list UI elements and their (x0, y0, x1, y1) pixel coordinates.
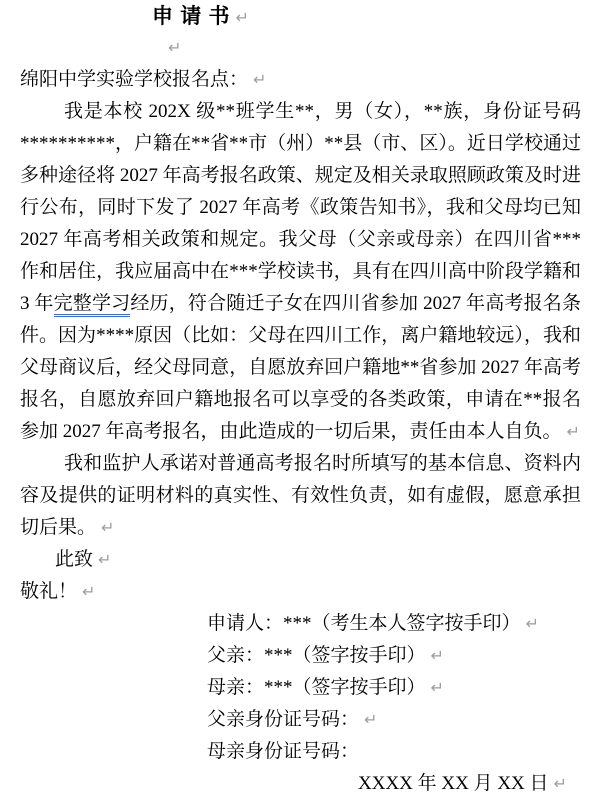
text-run: 切后果。 (20, 517, 96, 538)
text-run: 作和居住，我应届高中在***学校读书，具有在四川高中阶段学籍和 (20, 261, 581, 282)
text-run: 参加 2027 年高考报名，由此造成的一切后果，责任由本人自负。 (20, 421, 562, 442)
pilcrow-mark: ↵ (431, 678, 444, 697)
text-run: 此致 (55, 549, 93, 570)
body-line: 件。因为****原因（比如：父母在四川工作，离户籍地较远），我和 (0, 320, 605, 352)
text-run: 绵阳中学实验学校报名点： (20, 69, 248, 90)
pilcrow-mark: ↵ (101, 518, 114, 537)
title-line: 申 请 书↵ (0, 0, 605, 32)
text-run: 申请人：***（考生本人签字按手印） (207, 613, 521, 634)
grammar-underlined-text: 完整学习 (54, 293, 131, 317)
closing-jingli-line: 敬礼！↵ (0, 576, 605, 608)
text-run: 我是本校 202X 级**班学生**，男（女），**族，身份证号码为 (64, 101, 581, 128)
pilcrow-mark: ↵ (526, 614, 539, 633)
text-run: 父亲：***（签字按手印） (207, 645, 426, 666)
text-run: 行公布，同时下发了 2027 年高考《政策告知书》，我和父母均已知晓 (20, 197, 581, 224)
closing-cizhi-line: 此致↵ (0, 544, 605, 576)
salutation-line: 绵阳中学实验学校报名点：↵ (0, 64, 605, 96)
pilcrow-mark: ↵ (253, 70, 266, 89)
pilcrow-mark: ↵ (554, 774, 567, 793)
signature-applicant-line: 申请人：***（考生本人签字按手印）↵ (0, 608, 605, 640)
pilcrow-mark: ↵ (82, 582, 95, 601)
body-line: 参加 2027 年高考报名，由此造成的一切后果，责任由本人自负。↵ (0, 416, 605, 448)
father-id-line: 父亲身份证号码：↵ (0, 704, 605, 736)
text-run: 多种途径将 2027 年高考报名政策、规定及相关录取照顾政策及时进 (20, 165, 581, 186)
empty-line: ↵ (0, 32, 605, 64)
body-line: 行公布，同时下发了 2027 年高考《政策告知书》，我和父母均已知晓 (0, 192, 605, 224)
body-line: 容及提供的证明材料的真实性、有效性负责，如有虚假，愿意承担一 (0, 480, 605, 512)
text-run: **********，户籍在**省**市（州）**县（市、区）。近日学校通过 (20, 133, 581, 154)
pilcrow-mark: ↵ (431, 646, 444, 665)
text-run: 父母商议后，经父母同意，自愿放弃回户籍地**省参加 2027 年高考 (20, 357, 581, 378)
signature-father-line: 父亲：***（签字按手印）↵ (0, 640, 605, 672)
text-run: 2027 年高考相关政策和规定。我父母（父亲或母亲）在四川省***工 (20, 229, 581, 256)
body-line: 2027 年高考相关政策和规定。我父母（父亲或母亲）在四川省***工 (0, 224, 605, 256)
text-run: 容及提供的证明材料的真实性、有效性负责，如有虚假，愿意承担一 (20, 485, 581, 512)
text-run: 件。因为****原因（比如：父母在四川工作，离户籍地较远），我和 (20, 325, 581, 346)
pilcrow-mark: ↵ (567, 422, 580, 441)
text-run: XXXX 年 XX 月 XX 日 (358, 773, 549, 794)
text-run: 母亲：***（签字按手印） (207, 677, 426, 698)
body-line: 父母商议后，经父母同意，自愿放弃回户籍地**省参加 2027 年高考 (0, 352, 605, 384)
body-line: 3 年完整学习经历，符合随迁子女在四川省参加 2027 年高考报名条 (0, 288, 605, 320)
text-run: 母亲身份证号码： (207, 741, 359, 762)
pilcrow-mark: ↵ (168, 38, 181, 57)
body-line: 多种途径将 2027 年高考报名政策、规定及相关录取照顾政策及时进 (0, 160, 605, 192)
body-line: 我和监护人承诺对普通高考报名时所填写的基本信息、资料内 (0, 448, 605, 480)
pilcrow-mark: ↵ (98, 550, 111, 569)
text-run: 敬礼！ (20, 581, 77, 602)
body-line: 切后果。↵ (0, 512, 605, 544)
body-line: 报名，自愿放弃回户籍地报名可以享受的各类政策，申请在**报名点 (0, 384, 605, 416)
date-line: XXXX 年 XX 月 XX 日↵ (0, 768, 605, 800)
text-run: 我和监护人承诺对普通高考报名时所填写的基本信息、资料内 (64, 453, 581, 474)
pilcrow-mark: ↵ (364, 710, 377, 729)
text-run: 父亲身份证号码： (207, 709, 359, 730)
text-run: 报名，自愿放弃回户籍地报名可以享受的各类政策，申请在**报名点 (20, 389, 581, 416)
text-run: 申 请 书 (152, 4, 231, 28)
text-run: 3 年 (20, 293, 54, 314)
body-line: 作和居住，我应届高中在***学校读书，具有在四川高中阶段学籍和 (0, 256, 605, 288)
body-line: 我是本校 202X 级**班学生**，男（女），**族，身份证号码为 (0, 96, 605, 128)
text-run: 经历，符合随迁子女在四川省参加 2027 年高考报名条 (130, 293, 581, 314)
pilcrow-mark: ↵ (236, 8, 250, 27)
signature-mother-line: 母亲：***（签字按手印）↵ (0, 672, 605, 704)
document-page: 申 请 书↵↵绵阳中学实验学校报名点：↵我是本校 202X 级**班学生**，男… (0, 0, 605, 810)
body-line: **********，户籍在**省**市（州）**县（市、区）。近日学校通过 (0, 128, 605, 160)
mother-id-line: 母亲身份证号码： (0, 736, 605, 768)
